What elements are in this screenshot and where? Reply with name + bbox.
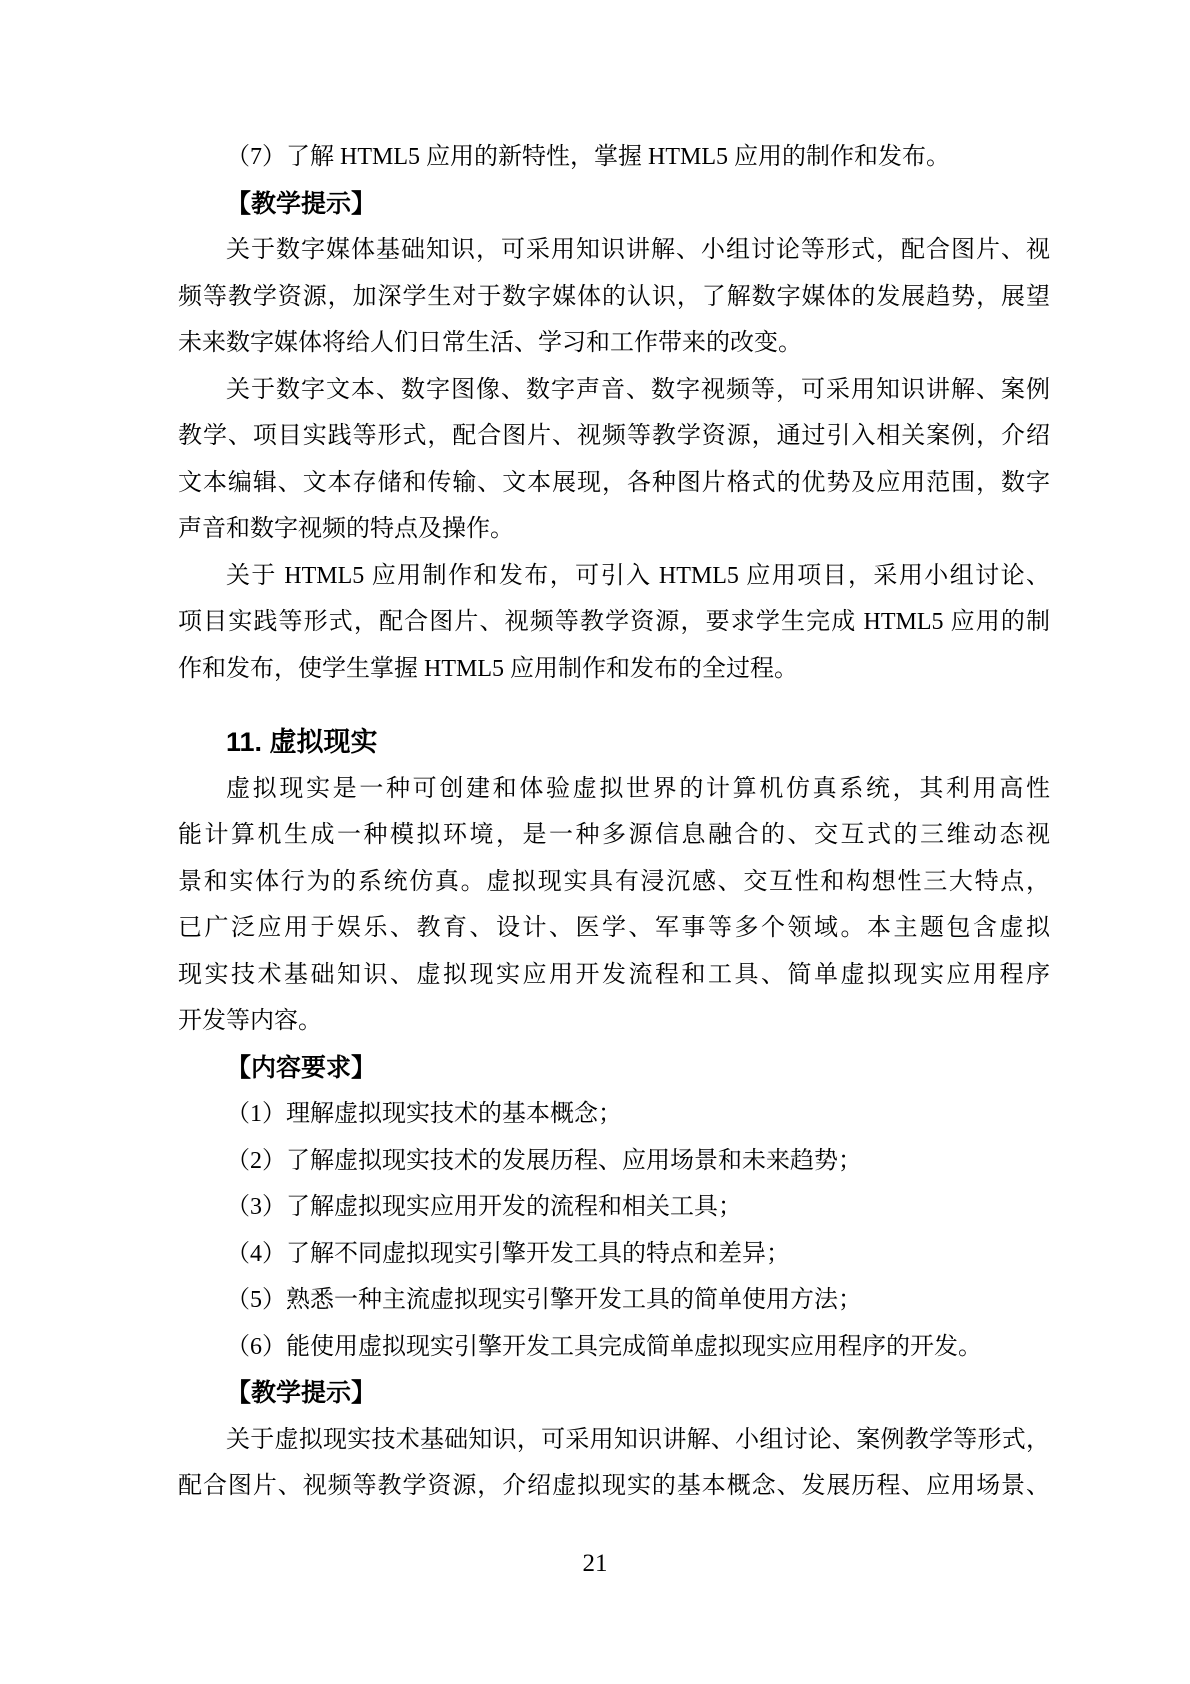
text-line: 11. 虚拟现实 bbox=[178, 719, 1050, 766]
text-line: 【内容要求】 bbox=[178, 1045, 1050, 1092]
text-line: 能计算机生成一种模拟环境，是一种多源信息融合的、交互式的三维动态视 bbox=[178, 812, 1050, 859]
topic-heading: 11. 虚拟现实 bbox=[178, 719, 1050, 766]
text-line: 关于虚拟现实技术基础知识，可采用知识讲解、小组讨论、案例教学等形式， bbox=[178, 1417, 1050, 1464]
section-label: 【教学提示】 bbox=[178, 181, 1050, 228]
text-line: （3）了解虚拟现实应用开发的流程和相关工具； bbox=[178, 1184, 1050, 1231]
list-item: （3）了解虚拟现实应用开发的流程和相关工具； bbox=[178, 1184, 1050, 1231]
list-item: （2）了解虚拟现实技术的发展历程、应用场景和未来趋势； bbox=[178, 1138, 1050, 1185]
paragraph: 关于数字文本、数字图像、数字声音、数字视频等，可采用知识讲解、案例教学、项目实践… bbox=[178, 367, 1050, 553]
paragraph: 关于 HTML5 应用制作和发布，可引入 HTML5 应用项目，采用小组讨论、项… bbox=[178, 553, 1050, 693]
list-item: （4）了解不同虚拟现实引擎开发工具的特点和差异； bbox=[178, 1231, 1050, 1278]
section-label: 【内容要求】 bbox=[178, 1045, 1050, 1092]
document-content: （7）了解 HTML5 应用的新特性，掌握 HTML5 应用的制作和发布。【教学… bbox=[178, 134, 1050, 1510]
text-line: 频等教学资源，加深学生对于数字媒体的认识，了解数字媒体的发展趋势，展望 bbox=[178, 274, 1050, 321]
list-item: （1）理解虚拟现实技术的基本概念； bbox=[178, 1091, 1050, 1138]
text-line: （1）理解虚拟现实技术的基本概念； bbox=[178, 1091, 1050, 1138]
text-line: （7）了解 HTML5 应用的新特性，掌握 HTML5 应用的制作和发布。 bbox=[178, 134, 1050, 181]
text-line: 关于数字媒体基础知识，可采用知识讲解、小组讨论等形式，配合图片、视 bbox=[178, 227, 1050, 274]
text-line: （5）熟悉一种主流虚拟现实引擎开发工具的简单使用方法； bbox=[178, 1277, 1050, 1324]
text-line: 开发等内容。 bbox=[178, 998, 1050, 1045]
list-item: （5）熟悉一种主流虚拟现实引擎开发工具的简单使用方法； bbox=[178, 1277, 1050, 1324]
document-page: { "page": { "number": "21", "background_… bbox=[0, 0, 1190, 1684]
text-line: 未来数字媒体将给人们日常生活、学习和工作带来的改变。 bbox=[178, 320, 1050, 367]
text-line: （6）能使用虚拟现实引擎开发工具完成简单虚拟现实应用程序的开发。 bbox=[178, 1324, 1050, 1371]
list-item: （6）能使用虚拟现实引擎开发工具完成简单虚拟现实应用程序的开发。 bbox=[178, 1324, 1050, 1371]
page: （7）了解 HTML5 应用的新特性，掌握 HTML5 应用的制作和发布。【教学… bbox=[0, 0, 1190, 1684]
paragraph: 关于数字媒体基础知识，可采用知识讲解、小组讨论等形式，配合图片、视频等教学资源，… bbox=[178, 227, 1050, 367]
text-line: 配合图片、视频等教学资源，介绍虚拟现实的基本概念、发展历程、应用场景、 bbox=[178, 1463, 1050, 1510]
text-line: 声音和数字视频的特点及操作。 bbox=[178, 506, 1050, 553]
text-line: 现实技术基础知识、虚拟现实应用开发流程和工具、简单虚拟现实应用程序 bbox=[178, 952, 1050, 999]
paragraph: 关于虚拟现实技术基础知识，可采用知识讲解、小组讨论、案例教学等形式，配合图片、视… bbox=[178, 1417, 1050, 1510]
text-line: （2）了解虚拟现实技术的发展历程、应用场景和未来趋势； bbox=[178, 1138, 1050, 1185]
text-line: 已广泛应用于娱乐、教育、设计、医学、军事等多个领域。本主题包含虚拟 bbox=[178, 905, 1050, 952]
text-line: 【教学提示】 bbox=[178, 1370, 1050, 1417]
text-line: 关于数字文本、数字图像、数字声音、数字视频等，可采用知识讲解、案例 bbox=[178, 367, 1050, 414]
text-line: 作和发布，使学生掌握 HTML5 应用制作和发布的全过程。 bbox=[178, 646, 1050, 693]
text-line: 教学、项目实践等形式，配合图片、视频等教学资源，通过引入相关案例，介绍 bbox=[178, 413, 1050, 460]
text-line: 虚拟现实是一种可创建和体验虚拟世界的计算机仿真系统，其利用高性 bbox=[178, 766, 1050, 813]
text-line: 景和实体行为的系统仿真。虚拟现实具有浸沉感、交互性和构想性三大特点， bbox=[178, 859, 1050, 906]
page-footer: 21 bbox=[0, 1546, 1190, 1582]
paragraph: 虚拟现实是一种可创建和体验虚拟世界的计算机仿真系统，其利用高性能计算机生成一种模… bbox=[178, 766, 1050, 1045]
text-line: 【教学提示】 bbox=[178, 181, 1050, 228]
text-line: 项目实践等形式，配合图片、视频等教学资源，要求学生完成 HTML5 应用的制 bbox=[178, 599, 1050, 646]
text-line: （4）了解不同虚拟现实引擎开发工具的特点和差异； bbox=[178, 1231, 1050, 1278]
paragraph: （7）了解 HTML5 应用的新特性，掌握 HTML5 应用的制作和发布。 bbox=[178, 134, 1050, 181]
section-label: 【教学提示】 bbox=[178, 1370, 1050, 1417]
text-line: 关于 HTML5 应用制作和发布，可引入 HTML5 应用项目，采用小组讨论、 bbox=[178, 553, 1050, 600]
text-line: 文本编辑、文本存储和传输、文本展现，各种图片格式的优势及应用范围，数字 bbox=[178, 460, 1050, 507]
page-number: 21 bbox=[583, 1550, 608, 1577]
